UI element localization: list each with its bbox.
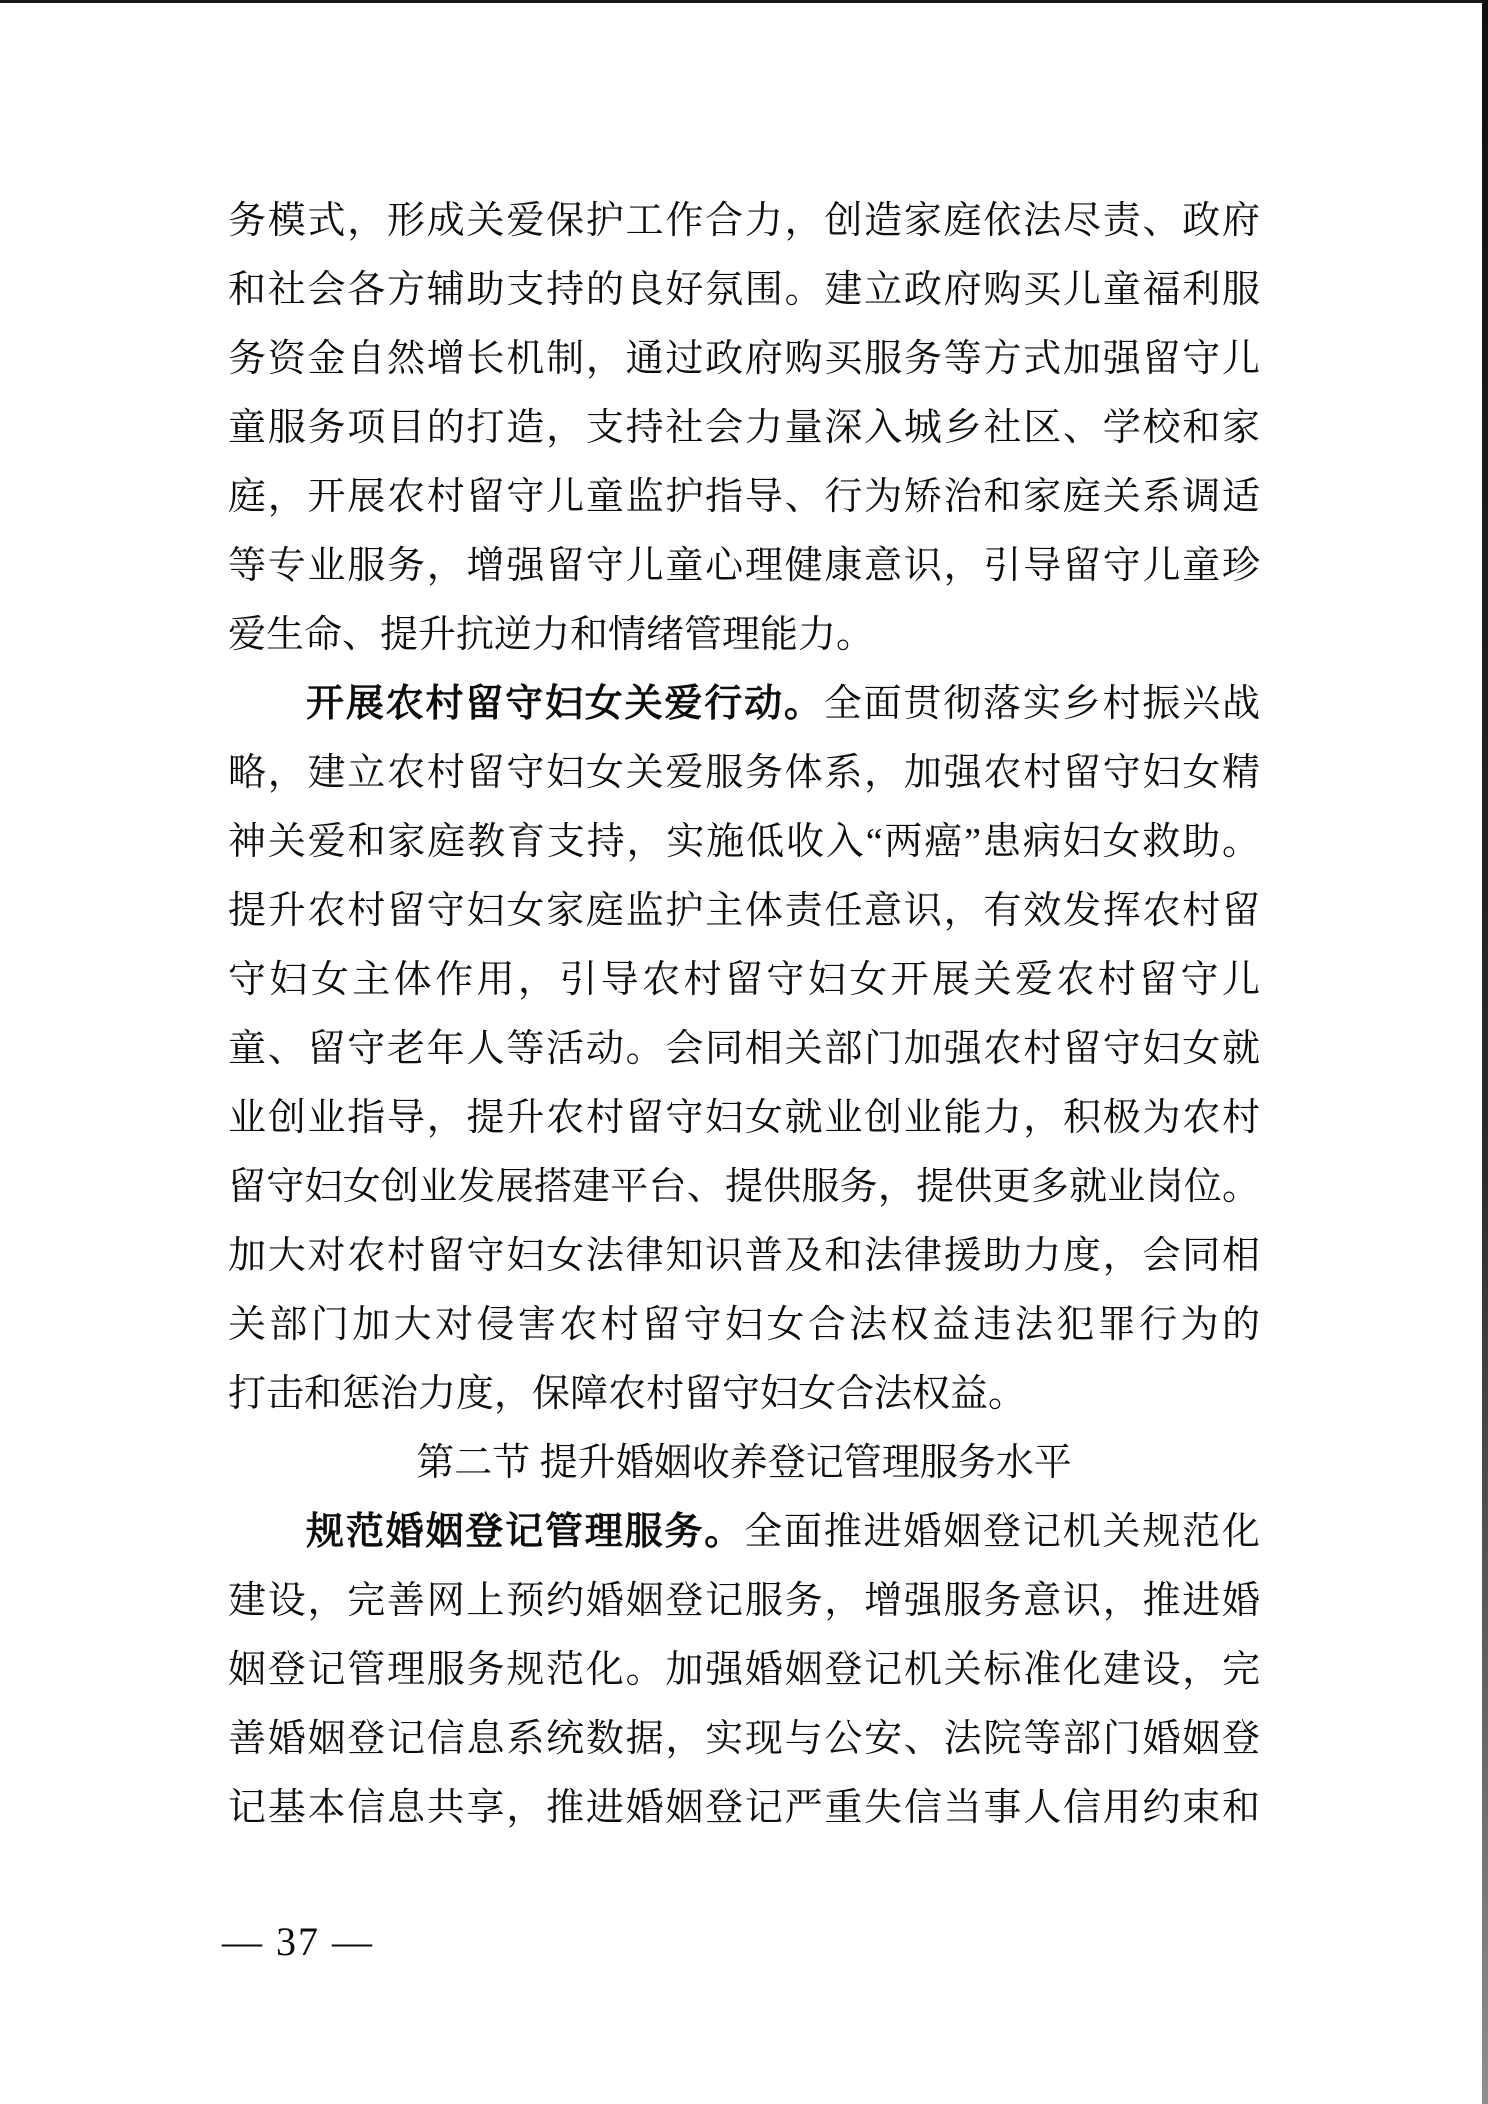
text-line: 记基本信息共享，推进婚姻登记严重失信当事人信用约束和 [228, 1774, 1260, 1843]
text-line: 庭，开展农村留守儿童监护指导、行为矫治和家庭关系调适 [228, 463, 1260, 532]
page-right-border [1482, 0, 1488, 2104]
paragraph-text: 全面贯彻落实乡村振兴战 [824, 683, 1260, 725]
text-line: 姻登记管理服务规范化。加强婚姻登记机关标准化建设，完 [228, 1636, 1260, 1705]
page-number: — 37 — [222, 1916, 374, 1968]
page: 务模式，形成关爱保护工作合力，创造家庭依法尽责、政府和社会各方辅助支持的良好氛围… [0, 0, 1488, 2104]
text-line: 务模式，形成关爱保护工作合力，创造家庭依法尽责、政府 [228, 187, 1260, 256]
text-line: 留守妇女创业发展搭建平台、提供服务，提供更多就业岗位。 [228, 1153, 1260, 1222]
text-line: 务资金自然增长机制，通过政府购买服务等方式加强留守儿 [228, 325, 1260, 394]
paragraph-lead-bold: 规范婚姻登记管理服务。 [306, 1511, 744, 1553]
text-line: 打击和惩治力度，保障农村留守妇女合法权益。 [228, 1360, 1260, 1429]
text-line: 神关爱和家庭教育支持，实施低收入“两癌”患病妇女救助。 [228, 808, 1260, 877]
page-top-border [0, 0, 1488, 3]
text-line: 关部门加大对侵害农村留守妇女合法权益违法犯罪行为的 [228, 1291, 1260, 1360]
text-line: 爱生命、提升抗逆力和情绪管理能力。 [228, 601, 1260, 670]
document-text: 务模式，形成关爱保护工作合力，创造家庭依法尽责、政府和社会各方辅助支持的良好氛围… [228, 187, 1260, 1843]
text-line: 善婚姻登记信息系统数据，实现与公安、法院等部门婚姻登 [228, 1705, 1260, 1774]
text-line: 略，建立农村留守妇女关爱服务体系，加强农村留守妇女精 [228, 739, 1260, 808]
section-heading: 第二节 提升婚姻收养登记管理服务水平 [228, 1429, 1260, 1498]
paragraph-lead-bold: 开展农村留守妇女关爱行动。 [306, 683, 824, 725]
text-line: 童、留守老年人等活动。会同相关部门加强农村留守妇女就 [228, 1015, 1260, 1084]
text-line: 和社会各方辅助支持的良好氛围。建立政府购买儿童福利服 [228, 256, 1260, 325]
text-line: 等专业服务，增强留守儿童心理健康意识，引导留守儿童珍 [228, 532, 1260, 601]
text-line: 守妇女主体作用，引导农村留守妇女开展关爱农村留守儿 [228, 946, 1260, 1015]
paragraph-text: 全面推进婚姻登记机关规范化 [744, 1511, 1260, 1553]
text-line: 开展农村留守妇女关爱行动。全面贯彻落实乡村振兴战 [228, 670, 1260, 739]
text-line: 童服务项目的打造，支持社会力量深入城乡社区、学校和家 [228, 394, 1260, 463]
text-line: 业创业指导，提升农村留守妇女就业创业能力，积极为农村 [228, 1084, 1260, 1153]
text-line: 提升农村留守妇女家庭监护主体责任意识，有效发挥农村留 [228, 877, 1260, 946]
text-line: 规范婚姻登记管理服务。全面推进婚姻登记机关规范化 [228, 1498, 1260, 1567]
text-line: 建设，完善网上预约婚姻登记服务，增强服务意识，推进婚 [228, 1567, 1260, 1636]
text-line: 加大对农村留守妇女法律知识普及和法律援助力度，会同相 [228, 1222, 1260, 1291]
